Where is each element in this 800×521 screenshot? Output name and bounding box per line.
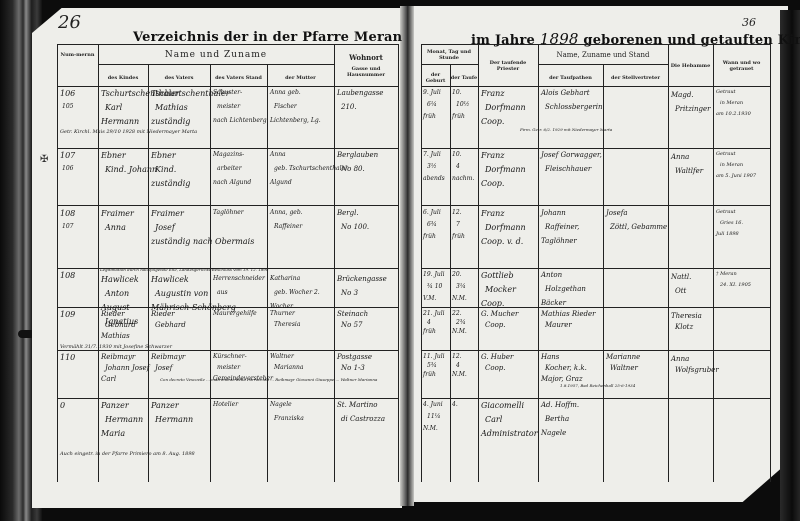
birth-date: 6. Juli <box>423 210 441 216</box>
birth-date: früh <box>423 234 436 240</box>
priest-name: G. Huber <box>481 354 513 361</box>
residence: No 80. <box>341 166 365 173</box>
priest-name: Mocker <box>485 286 516 294</box>
birth-date: abends <box>423 176 445 182</box>
residence: Berglauben <box>337 152 378 159</box>
column-rule <box>421 44 422 482</box>
married-info: † Meran <box>716 272 737 277</box>
godfather: Fleischhauer <box>545 166 591 173</box>
birth-date: früh <box>423 329 436 335</box>
residence: Steinach <box>337 311 368 318</box>
entry-number: 0 <box>60 402 65 410</box>
father-status: Schuster- <box>213 90 242 96</box>
birth-date: V.M. <box>423 296 436 302</box>
birth-date: 3½ <box>427 164 437 170</box>
married-info: in Meran <box>720 101 743 106</box>
residence: Bergl. <box>337 210 359 217</box>
row-rule <box>421 398 770 399</box>
birth-date: 11. Juli <box>423 354 445 360</box>
godfather: Bäcker <box>541 300 566 307</box>
godfather: Johann <box>541 210 566 217</box>
birth-date: früh <box>423 114 436 120</box>
father-status: Herrenschneider <box>213 276 265 282</box>
father-status: Maurergehilfe <box>213 311 257 317</box>
mother-name: Theresia <box>274 322 300 328</box>
midwife: Anna <box>671 356 689 363</box>
header-child: des Kindes <box>98 70 148 86</box>
godfather: Alois Gebhart <box>541 90 590 97</box>
entry-note: Auch eingetr. in der Pfarre Primiero am … <box>60 452 195 457</box>
father-name: zuständig <box>151 180 190 188</box>
entry-note: Vermählt 31/7. 1930 mit Josefine Schwarz… <box>60 345 172 350</box>
baptism-date: N.M. <box>452 329 467 335</box>
baptism-date: 20. <box>452 272 462 278</box>
baptism-date: 4. <box>452 402 458 408</box>
birth-date: 7. Juli <box>423 152 441 158</box>
row-rule <box>421 268 770 269</box>
priest-name: Coop. <box>481 300 504 308</box>
header-mother: der Mutter <box>267 70 334 86</box>
child-name: Ebner <box>101 152 126 160</box>
header-number: Num-mernn <box>57 46 98 64</box>
godmother: Waltner <box>610 365 638 372</box>
father-name: Josef <box>155 365 172 372</box>
priest-name: Dorfmann <box>485 166 526 174</box>
father-name: Mathias <box>155 104 188 112</box>
header-godmother: der Stellvertreter <box>603 70 668 86</box>
entry-note: Con decreto Vescovile ... matrimonio del… <box>160 378 377 382</box>
mother-name: Thurner <box>270 311 295 317</box>
child-name: Kind. Johann <box>105 166 157 174</box>
married-info: Gries 16. <box>720 221 743 226</box>
godfather: Holzgethan <box>545 286 586 293</box>
column-rule <box>98 44 99 482</box>
midwife: Klotz <box>675 324 693 331</box>
baptism-date: nachm. <box>452 176 474 182</box>
column-rule <box>713 44 714 482</box>
married-info: Getraut <box>716 210 736 215</box>
mother-name: Katharina <box>270 276 300 282</box>
married-info: in Meran <box>720 163 743 168</box>
row-rule <box>421 307 770 308</box>
header-midwife: Die Hebamme <box>668 46 713 86</box>
mother-name: Franziska <box>274 416 304 422</box>
baptism-date: 22. <box>452 311 462 317</box>
birth-date: 21. Juli <box>423 311 445 317</box>
father-status: nach Lichtenberg <box>213 118 267 124</box>
book-edge <box>780 10 800 521</box>
godfather: Raffeiner, <box>545 224 579 231</box>
header-date-group: Monat, Tag und Stunde <box>421 46 477 64</box>
baptism-date: 4 <box>456 363 460 369</box>
midwife: Anna <box>671 154 689 161</box>
residence: No 100. <box>341 224 369 231</box>
godfather: Taglöhner <box>541 238 577 245</box>
margin-cross-icon: ✠ <box>40 154 48 165</box>
godfather: Mathias Rieder <box>541 311 596 318</box>
row-rule <box>57 148 398 149</box>
midwife: Magd. <box>671 92 694 99</box>
left-page-title: Verzeichnis der in der Pfarre Meran <box>133 30 402 45</box>
father-name: Gebhard <box>155 322 186 329</box>
birth-date: 6¾ <box>427 222 437 228</box>
entry-number: 108 <box>60 272 75 280</box>
child-name: Anton <box>105 290 129 298</box>
header-godfather: der Taufpathen <box>538 70 603 86</box>
priest-name: Coop. <box>485 322 506 329</box>
column-rule <box>770 44 771 482</box>
mother-name: geb. Tschurtschenthaler <box>274 166 348 172</box>
row-rule <box>57 205 398 206</box>
right-page-number: 36 <box>742 16 756 29</box>
priest-name: Administrator <box>481 430 538 438</box>
row-rule <box>57 86 398 87</box>
father-name: Fraimer <box>151 210 184 218</box>
mother-name: Nagele <box>270 402 292 408</box>
baptism-date: früh <box>452 234 465 240</box>
baptism-date: 10. <box>452 152 462 158</box>
godfather: Nagele <box>541 430 566 437</box>
godmother: Zöttl, Gebamme <box>610 224 667 231</box>
midwife: Pritzinger <box>675 106 711 113</box>
godfather: Josef Gorwagger, <box>541 152 602 159</box>
row-rule <box>421 44 770 45</box>
child-name: Karl <box>105 104 122 112</box>
entry-sub-number: 106 <box>62 166 73 172</box>
married-info: am 10.2.1930 <box>716 112 751 117</box>
midwife: Ott <box>675 288 686 295</box>
entry-number: 109 <box>60 311 75 319</box>
father-status: nach Algund <box>213 180 251 186</box>
baptism-date: 12. <box>452 210 462 216</box>
birth-date: 9. Juli <box>423 90 441 96</box>
birth-date: N.M. <box>423 426 438 432</box>
left-page-number: 26 <box>58 12 81 33</box>
mother-name: Marianna <box>274 365 303 371</box>
header-priest: Der taufende Priester <box>478 46 538 86</box>
header-residence: Wohnort <box>334 52 398 64</box>
row-rule <box>98 64 334 65</box>
residence: No 3 <box>341 290 358 297</box>
row-rule <box>421 86 770 87</box>
father-name: Hermann <box>155 416 193 424</box>
baptism-date: 10½ <box>456 102 469 108</box>
priest-name: Coop. <box>485 365 506 372</box>
baptism-date: früh <box>452 114 465 120</box>
godmother: Josefa <box>606 210 628 217</box>
header-birth: der Geburt <box>421 70 450 86</box>
column-rule <box>148 64 149 482</box>
entry-sub-number: 107 <box>62 224 73 230</box>
father-name: zuständig nach Obermais <box>151 238 254 246</box>
baptism-date: 2¾ <box>456 320 466 326</box>
mother-name: Anna geb. <box>270 90 301 96</box>
header-name-group: Name und Zuname <box>98 46 334 64</box>
entry-sub-number: 105 <box>62 104 73 110</box>
birth-date: früh <box>423 372 436 378</box>
birth-date: 4 <box>427 320 431 326</box>
mother-name: Lichtenberg, Lg. <box>270 118 321 124</box>
mother-name: Waltner <box>270 354 294 360</box>
godfather: Anton <box>541 272 562 279</box>
father-name: Reibmayr <box>151 354 185 361</box>
column-rule <box>478 44 479 482</box>
child-name: Panzer <box>101 402 129 410</box>
entry-number: 107 <box>60 152 75 160</box>
header-baptism: der Taufe <box>450 70 478 86</box>
header-sponsors-group: Name, Zuname und Stand <box>538 46 668 64</box>
child-name: Hermann <box>105 416 143 424</box>
entry-number: 110 <box>60 354 75 362</box>
row-rule <box>538 64 668 65</box>
mother-name: Anna, geb. <box>270 210 303 216</box>
birth-date: 11¼ <box>427 414 440 420</box>
residence: No 57 <box>341 322 362 329</box>
priest-name: Dorfmann <box>485 224 526 232</box>
godfather: Maurer <box>545 322 572 329</box>
row-rule <box>421 205 770 206</box>
married-info: 24. XI. 1905 <box>720 283 751 288</box>
father-status: Taglöhner <box>213 210 244 216</box>
entry-number: 106 <box>60 90 75 98</box>
baptism-date: 10. <box>452 90 462 96</box>
header-father-status: des Vaters Stand <box>210 70 267 86</box>
midwife: Nattl. <box>671 274 691 281</box>
row-rule <box>57 44 398 45</box>
godfather: Ad. Hoffm. <box>541 402 579 409</box>
birth-date: 5¾ <box>427 363 437 369</box>
birth-date: 6¼ <box>427 102 437 108</box>
married-info: am 5. Juni 1907 <box>716 174 756 179</box>
midwife: Theresia <box>671 313 702 320</box>
row-rule <box>421 350 770 351</box>
mother-name: Raffeiner <box>274 224 302 230</box>
priest-name: Franz <box>481 210 505 218</box>
residence: Laubengasse <box>337 90 383 97</box>
priest-name: Giacomelli <box>481 402 524 410</box>
godfather: Bertha <box>545 416 569 423</box>
priest-name: Dorfmann <box>485 104 526 112</box>
column-rule <box>450 64 451 482</box>
father-status: aus <box>217 290 228 296</box>
header-father: des Vaters <box>148 70 210 86</box>
child-name: Anna <box>105 224 126 232</box>
column-rule <box>668 44 669 482</box>
column-rule <box>334 44 335 482</box>
entry-right-note: 1.8.1957, Bad Reichenhall 25-6-1934 <box>560 384 635 388</box>
father-status: meister <box>217 104 240 110</box>
mother-name: Anna <box>270 152 286 158</box>
row-rule <box>57 398 398 399</box>
mother-name: Algund <box>270 180 292 186</box>
residence: 210. <box>341 104 357 111</box>
baptism-date: N.M. <box>452 296 467 302</box>
midwife: Wolfsgruber <box>675 367 719 374</box>
child-name: Mathias <box>101 333 130 340</box>
godmother: Marianne <box>606 354 640 361</box>
entry-top-note: Legitimation durch nachfolgende Ehe, Lan… <box>100 268 268 272</box>
father-status: meister <box>217 365 240 371</box>
married-info: Getraut <box>716 90 736 95</box>
baptism-date: N.M. <box>452 372 467 378</box>
header-married: Wann und wo getrauet <box>713 46 770 86</box>
entry-note: Getr. Kirchl. Mais 29/10 1928 mit Nieder… <box>60 130 197 135</box>
mother-name: Fischer <box>274 104 297 110</box>
book-gutter <box>400 6 414 506</box>
father-status: arbeiter <box>217 166 242 172</box>
priest-name: Coop. <box>481 180 504 188</box>
godfather: Kocher, k.k. <box>545 365 587 372</box>
father-name: zuständig <box>151 118 190 126</box>
child-name: Johann Josef <box>105 365 149 372</box>
father-name: Hawlicek <box>151 276 189 284</box>
priest-name: G. Mucher <box>481 311 518 318</box>
baptism-date: 7 <box>456 222 460 228</box>
row-rule <box>421 148 770 149</box>
priest-name: Franz <box>481 152 505 160</box>
entry-number: 108 <box>60 210 75 218</box>
mother-name: geb. Wocher 2. <box>274 290 320 296</box>
child-name: Carl <box>101 376 116 383</box>
baptism-date: 12. <box>452 354 462 360</box>
priest-name: Coop. <box>481 118 504 126</box>
row-rule <box>421 64 478 65</box>
child-name: Hermann <box>101 118 139 126</box>
residence: St. Martino <box>337 402 378 409</box>
residence: Postgasse <box>337 354 372 361</box>
priest-name: Gottlieb <box>481 272 514 280</box>
priest-name: Franz <box>481 90 505 98</box>
baptism-date: 4 <box>456 164 460 170</box>
father-name: Rieder <box>151 311 175 318</box>
child-name: Fraimer <box>101 210 134 218</box>
father-name: Josef <box>155 224 175 232</box>
midwife: Waltlfer <box>675 168 703 175</box>
married-info: Juli 1898 <box>716 232 739 237</box>
priest-name: Coop. v. d. <box>481 238 523 246</box>
residence: di Castrozza <box>341 416 385 423</box>
child-name: Gebhard <box>105 322 136 329</box>
child-name: Reibmayr <box>101 354 135 361</box>
godfather: Schlossbergerin <box>545 104 603 111</box>
baptism-date: 3¼ <box>456 284 466 290</box>
column-rule <box>398 44 399 482</box>
father-status: Magazins- <box>213 152 244 158</box>
column-rule <box>210 64 211 482</box>
birth-date: ¾ 10 <box>427 284 442 290</box>
birth-date: 4. Juni <box>423 402 443 408</box>
entry-right-note: Firm. Getr. 6/2. 1929 mit Niedermayer Ma… <box>520 128 612 132</box>
residence: No 1-3 <box>341 365 365 372</box>
godfather: Hans <box>541 354 559 361</box>
child-name: Maria <box>101 430 125 438</box>
residence: Brückengasse <box>337 276 387 283</box>
column-rule <box>538 44 539 482</box>
column-rule <box>57 44 58 482</box>
father-status: Kürschner- <box>213 354 247 360</box>
child-name: Rieder <box>101 311 125 318</box>
father-name: Ebner <box>151 152 176 160</box>
priest-name: Carl <box>485 416 502 424</box>
birth-date: 19. Juli <box>423 272 445 278</box>
married-info: Getraut <box>716 152 736 157</box>
father-name: Augustin von <box>155 290 208 298</box>
father-name: Kind. <box>155 166 176 174</box>
father-name: Panzer <box>151 402 179 410</box>
child-name: Hawlicek <box>101 276 139 284</box>
column-rule <box>267 64 268 482</box>
header-residence-sub: Gasse und Hausnummer <box>334 66 398 78</box>
father-status: Hotelier <box>213 402 238 408</box>
